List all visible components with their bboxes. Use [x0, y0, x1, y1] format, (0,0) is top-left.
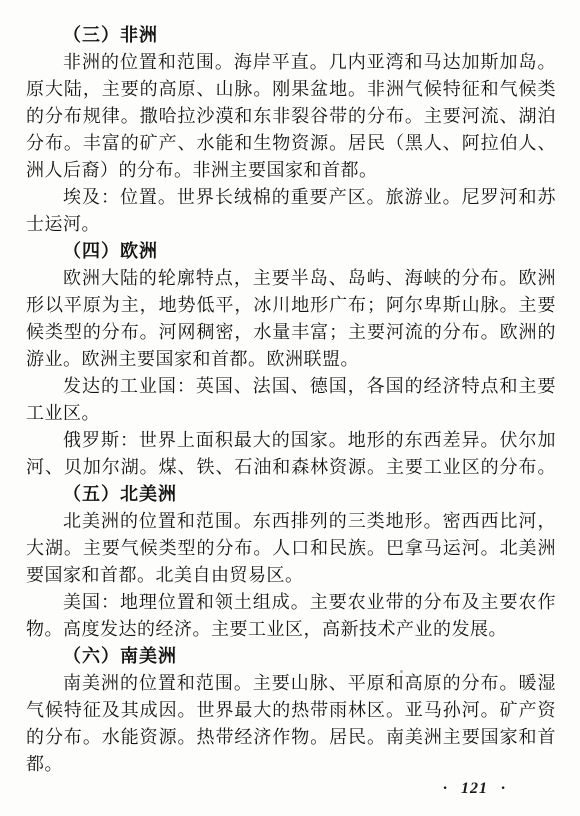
section-heading: （三）非洲 [26, 22, 556, 49]
section-north-america: （五）北美洲 北美洲的位置和范围。东西排列的三类地形。密西西比河，五 大湖。主要… [26, 481, 556, 643]
page-number: · 121 · [443, 780, 506, 798]
text-line: 欧洲大陆的轮廓特点，主要半岛、岛屿、海峡的分布。欧洲地 [26, 265, 556, 292]
text-line: 气候特征及其成因。世界最大的热带雨林区。亚马孙河。矿产资源 [26, 697, 556, 724]
section-heading: （六）南美洲 [26, 643, 556, 670]
text-line: 形以平原为主，地势低平，冰川地形广布；阿尔卑斯山脉。主要气 [26, 292, 556, 319]
text-line: 大湖。主要气候类型的分布。人口和民族。巴拿马运河。北美洲主 [26, 535, 556, 562]
text-line: 美国：地理位置和领土组成。主要农业带的分布及主要农作 [26, 589, 556, 616]
text-line: 俄罗斯：世界上面积最大的国家。地形的东西差异。伏尔加 [26, 427, 556, 454]
section-africa: （三）非洲 非洲的位置和范围。海岸平直。几内亚湾和马达加斯加岛。高 原大陆，主要… [26, 22, 556, 238]
text-line: 物。高度发达的经济。主要工业区，高新技术产业的发展。 [26, 616, 556, 643]
text-line: 要国家和首都。北美自由贸易区。 [26, 562, 556, 589]
text-line: 都。 [26, 751, 556, 778]
text-line: 河、贝加尔湖。煤、铁、石油和森林资源。主要工业区的分布。 [26, 454, 556, 481]
text-line: 南美洲的位置和范围。主要山脉、平原和高原的分布。暖湿的 [26, 670, 556, 697]
text-line: 非洲的位置和范围。海岸平直。几内亚湾和马达加斯加岛。高 [26, 49, 556, 76]
text-line: 原大陆，主要的高原、山脉。刚果盆地。非洲气候特征和气候类型 [26, 76, 556, 103]
text-line: 工业区。 [26, 400, 556, 427]
text-line: 游业。欧洲主要国家和首都。欧洲联盟。 [26, 346, 556, 373]
scan-artifact-dot [400, 670, 403, 673]
text-line: 北美洲的位置和范围。东西排列的三类地形。密西西比河，五 [26, 508, 556, 535]
document-page: （三）非洲 非洲的位置和范围。海岸平直。几内亚湾和马达加斯加岛。高 原大陆，主要… [0, 0, 580, 816]
section-europe: （四）欧洲 欧洲大陆的轮廓特点，主要半岛、岛屿、海峡的分布。欧洲地 形以平原为主… [26, 238, 556, 481]
text-line: 士运河。 [26, 211, 556, 238]
section-heading: （四）欧洲 [26, 238, 556, 265]
section-south-america: （六）南美洲 南美洲的位置和范围。主要山脉、平原和高原的分布。暖湿的 气候特征及… [26, 643, 556, 778]
text-line: 分布。丰富的矿产、水能和生物资源。居民（黑人、阿拉伯人、欧 [26, 130, 556, 157]
page-content: （三）非洲 非洲的位置和范围。海岸平直。几内亚湾和马达加斯加岛。高 原大陆，主要… [26, 22, 556, 778]
text-line: 发达的工业国：英国、法国、德国，各国的经济特点和主要的 [26, 373, 556, 400]
text-line: 的分布。水能资源。热带经济作物。居民。南美洲主要国家和首 [26, 724, 556, 751]
text-line: 埃及：位置。世界长绒棉的重要产区。旅游业。尼罗河和苏伊 [26, 184, 556, 211]
section-heading: （五）北美洲 [26, 481, 556, 508]
text-line: 洲人后裔）的分布。非洲主要国家和首都。 [26, 157, 556, 184]
text-line: 候类型的分布。河网稠密，水量丰富；主要河流的分布。欧洲的旅 [26, 319, 556, 346]
text-line: 的分布规律。撒哈拉沙漠和东非裂谷带的分布。主要河流、湖泊的 [26, 103, 556, 130]
